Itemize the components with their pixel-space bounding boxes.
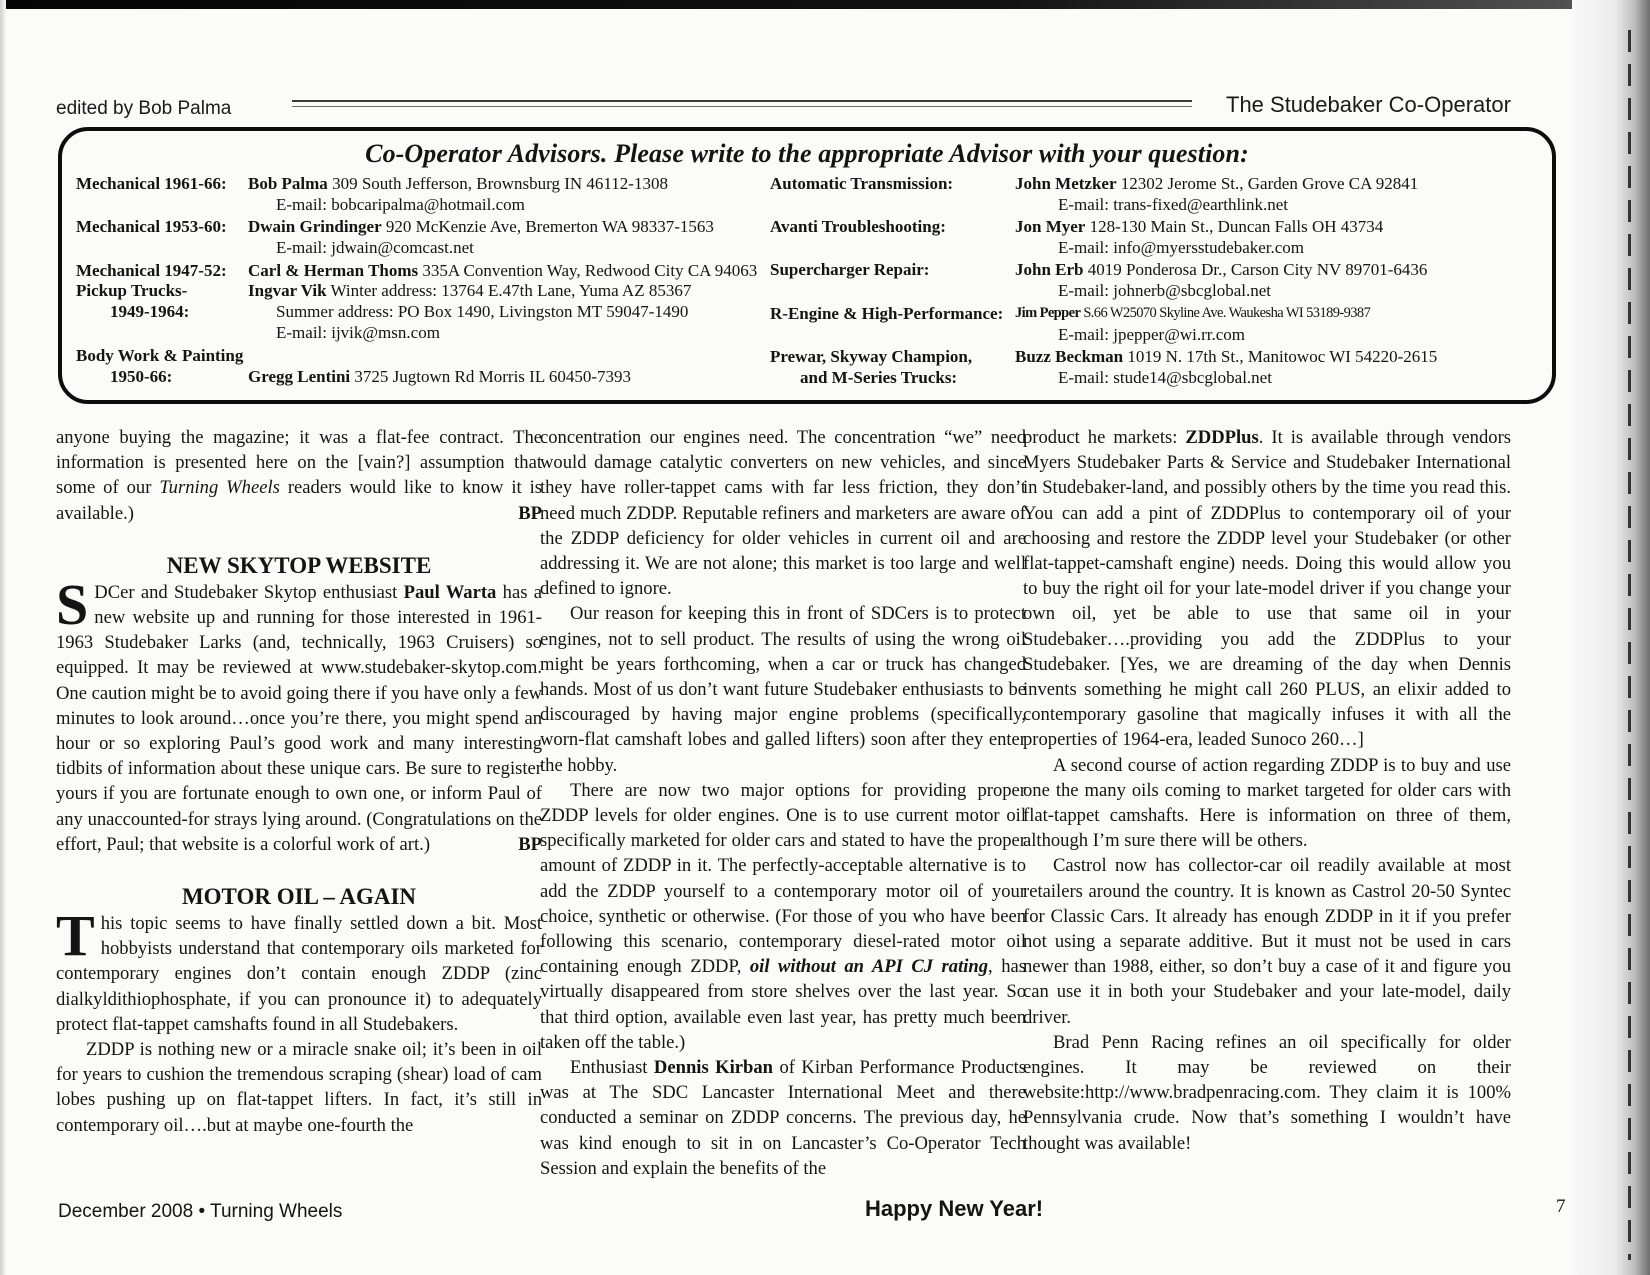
footer-greeting: Happy New Year!	[865, 1196, 1043, 1222]
advisor-name: Ingvar Vik	[248, 281, 327, 300]
advisors-left-column: Mechanical 1961-66: Bob Palma 309 South …	[76, 173, 796, 403]
advisor-category: Mechanical 1953-60:	[76, 216, 227, 237]
person-name: Dennis Kirban	[654, 1057, 773, 1078]
paragraph: ZDDP is nothing new or a miracle snake o…	[56, 1037, 542, 1138]
advisor-category: Supercharger Repair:	[770, 259, 929, 280]
footer-issue: December 2008 • Turning Wheels	[58, 1201, 342, 1223]
advisor-name: John Erb	[1015, 260, 1084, 279]
advisor-category: Prewar, Skyway Champion,	[770, 346, 972, 367]
paragraph: Enthusiast Dennis Kirban of Kirban Perfo…	[540, 1055, 1026, 1181]
advisor-email[interactable]: E-mail: info@myersstudebaker.com	[1058, 237, 1304, 258]
paragraph: anyone buying the magazine; it was a fla…	[56, 425, 542, 526]
advisor-name: Jim Pepper	[1015, 305, 1080, 321]
headline-skytop-website: NEW SKYTOP WEBSITE	[56, 552, 542, 580]
spacer	[56, 857, 542, 871]
advisor-email[interactable]: E-mail: jdwain@comcast.net	[276, 237, 474, 258]
headline-motor-oil: MOTOR OIL – AGAIN	[56, 883, 542, 911]
advisor-address: 128-130 Main St., Duncan Falls OH 43734	[1090, 217, 1384, 236]
advisor-address: 4019 Ponderosa Dr., Carson City NV 89701…	[1088, 260, 1428, 279]
paragraph: Castrol now has collector-car oil readil…	[1023, 853, 1511, 1029]
magazine-title: Turning Wheels	[159, 477, 280, 498]
page-binding-edge	[1572, 0, 1650, 1275]
advisor-category: Pickup Trucks-	[76, 280, 187, 301]
emphasis: oil without an API CJ rating	[750, 956, 988, 977]
drop-cap: T	[56, 914, 95, 958]
advisor-contact: John Metzker 12302 Jerome St., Garden Gr…	[1015, 173, 1418, 194]
advisor-category: Avanti Troubleshooting:	[770, 216, 946, 237]
advisor-contact: Jon Myer 128-130 Main St., Duncan Falls …	[1015, 216, 1383, 237]
advisor-address: 309 South Jefferson, Brownsburg IN 46112…	[332, 174, 668, 193]
advisor-name: Dwain Grindinger	[248, 217, 382, 236]
advisor-address: 1019 N. 17th St., Manitowoc WI 54220-261…	[1127, 347, 1437, 366]
paragraph: product he markets: ZDDPlus. It is avail…	[1023, 425, 1511, 753]
text: product he markets:	[1023, 427, 1185, 448]
product-name: ZDDPlus	[1185, 427, 1258, 448]
text: There are now two major options for prov…	[540, 780, 1026, 977]
advisor-address: 12302 Jerome St., Garden Grove CA 92841	[1121, 174, 1418, 193]
paragraph: A second course of action regarding ZDDP…	[1023, 753, 1511, 854]
advisor-address: 920 McKenzie Ave, Bremerton WA 98337-156…	[386, 217, 714, 236]
advisor-category: Mechanical 1947-52:	[76, 260, 227, 281]
advisors-right-column: Automatic Transmission: John Metzker 123…	[770, 173, 1540, 403]
advisor-name: Gregg Lentini	[248, 367, 350, 386]
paragraph: Brad Penn Racing refines an oil specific…	[1023, 1030, 1511, 1156]
advisor-contact: Gregg Lentini 3725 Jugtown Rd Morris IL …	[248, 366, 631, 387]
running-header-editor: edited by Bob Palma	[56, 98, 231, 120]
advisor-name: John Metzker	[1015, 174, 1117, 193]
text: DCer and Studebaker Skytop enthusiast	[94, 582, 403, 603]
scan-top-edge	[0, 0, 1650, 9]
text: . It is available through vendors Myers …	[1023, 427, 1511, 750]
advisors-box: Co-Operator Advisors. Please write to th…	[58, 127, 1556, 404]
text: Enthusiast	[570, 1057, 654, 1078]
author-signature: BP	[518, 832, 542, 857]
advisor-address: S.66 W25070 Skyline Ave. Waukesha WI 531…	[1083, 305, 1370, 321]
header-rule	[292, 100, 1192, 107]
advisor-email[interactable]: E-mail: johnerb@sbcglobal.net	[1058, 280, 1271, 301]
advisor-email[interactable]: E-mail: trans-fixed@earthlink.net	[1058, 194, 1288, 215]
advisor-contact: Ingvar Vik Winter address: 13764 E.47th …	[248, 280, 691, 301]
text: his topic seems to have finally settled …	[56, 913, 542, 1035]
advisor-name: Carl & Herman Thoms	[248, 261, 418, 280]
article-column-1: anyone buying the magazine; it was a fla…	[56, 425, 542, 1138]
advisor-category: Mechanical 1961-66:	[76, 173, 227, 194]
advisor-contact: Bob Palma 309 South Jefferson, Brownsbur…	[248, 173, 668, 194]
spacer	[56, 526, 542, 540]
advisor-address: 3725 Jugtown Rd Morris IL 60450-7393	[354, 367, 631, 386]
advisor-contact: Carl & Herman Thoms 335A Convention Way,…	[248, 260, 757, 281]
advisor-category-line2: and M-Series Trucks:	[800, 367, 957, 388]
advisor-category: Body Work & Painting	[76, 345, 243, 366]
article-column-3: product he markets: ZDDPlus. It is avail…	[1023, 425, 1511, 1156]
advisor-address-summer: Summer address: PO Box 1490, Livingston …	[276, 301, 688, 322]
paragraph: This topic seems to have finally settled…	[56, 911, 542, 1037]
person-name: Paul Warta	[404, 582, 497, 603]
advisor-email[interactable]: E-mail: jpepper@wi.rr.com	[1058, 324, 1245, 345]
advisor-address: 335A Convention Way, Redwood City CA 940…	[422, 261, 757, 280]
advisor-email[interactable]: E-mail: stude14@sbcglobal.net	[1058, 367, 1272, 388]
advisor-contact: John Erb 4019 Ponderosa Dr., Carson City…	[1015, 259, 1427, 280]
paragraph: There are now two major options for prov…	[540, 778, 1026, 1055]
page-number: 7	[1556, 1196, 1566, 1218]
advisors-title: Co-Operator Advisors. Please write to th…	[62, 139, 1552, 169]
drop-cap: S	[56, 583, 88, 627]
advisor-email[interactable]: E-mail: bobcaripalma@hotmail.com	[276, 194, 525, 215]
paragraph: concentration our engines need. The conc…	[540, 425, 1026, 601]
advisor-category: R-Engine & High-Performance:	[770, 303, 1003, 324]
author-signature: BP	[518, 501, 542, 526]
running-header-column-title: The Studebaker Co-Operator	[1226, 92, 1511, 118]
advisor-contact: Dwain Grindinger 920 McKenzie Ave, Breme…	[248, 216, 714, 237]
advisor-address: Winter address: 13764 E.47th Lane, Yuma …	[331, 281, 692, 300]
advisor-name: Buzz Beckman	[1015, 347, 1123, 366]
advisor-name: Bob Palma	[248, 174, 328, 193]
paragraph: Our reason for keeping this in front of …	[540, 601, 1026, 777]
advisor-category: Automatic Transmission:	[770, 173, 953, 194]
article-column-2: concentration our engines need. The conc…	[540, 425, 1026, 1181]
advisor-contact: Buzz Beckman 1019 N. 17th St., Manitowoc…	[1015, 346, 1437, 367]
advisor-category-years: 1950-66:	[110, 366, 172, 387]
paragraph: SDCer and Studebaker Skytop enthusiast P…	[56, 580, 542, 857]
scan-left-edge	[0, 0, 6, 1275]
advisor-contact: Jim Pepper S.66 W25070 Skyline Ave. Wauk…	[1015, 303, 1370, 324]
advisor-category-years: 1949-1964:	[110, 301, 189, 322]
advisor-email[interactable]: E-mail: ijvik@msn.com	[276, 322, 440, 343]
text: has a new website up and running for tho…	[56, 582, 542, 855]
advisor-name: Jon Myer	[1015, 217, 1085, 236]
